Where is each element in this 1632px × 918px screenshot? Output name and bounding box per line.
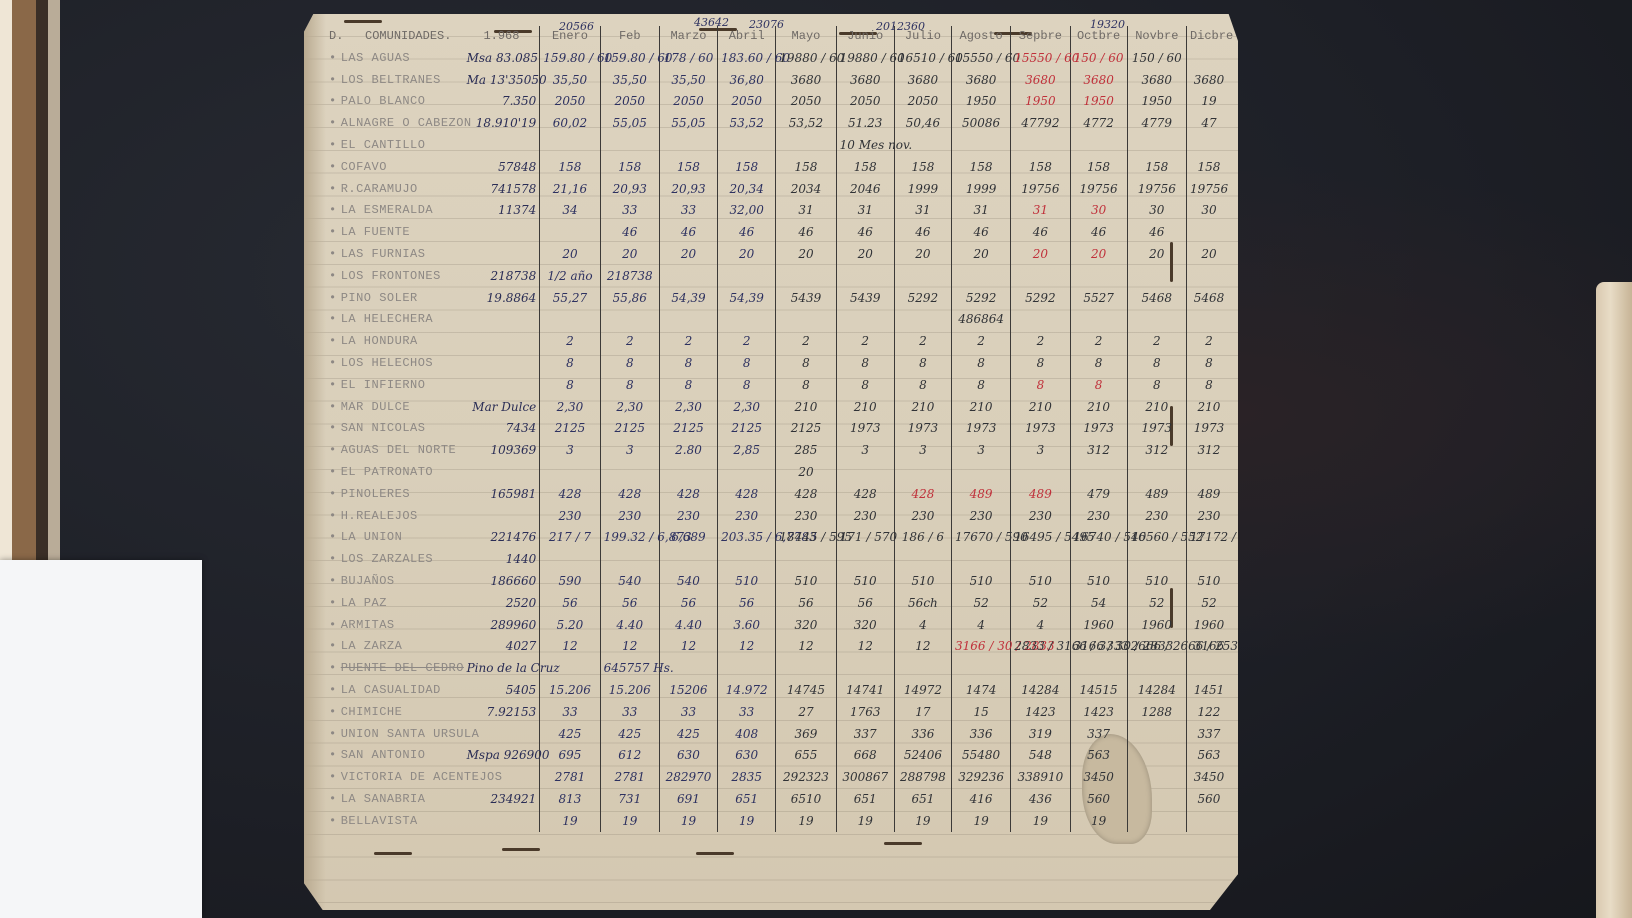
month-value: 20,93	[659, 179, 717, 201]
month-value	[718, 658, 776, 680]
community-total: 7.92153	[464, 702, 540, 724]
community-name: •LAS FURNIAS	[326, 244, 464, 266]
community-total: 289960	[464, 615, 540, 637]
month-value: 2125	[600, 418, 659, 440]
month-value: 8	[894, 353, 951, 375]
bullet-icon: •	[329, 618, 337, 632]
month-value: 19	[776, 811, 836, 833]
month-value	[1127, 724, 1186, 746]
month-value: 210	[776, 397, 836, 419]
month-value: 2,30	[718, 397, 776, 419]
bullet-icon: •	[329, 552, 337, 566]
month-value: 3	[540, 440, 600, 462]
month-value: 2,30	[600, 397, 659, 419]
month-value: 8	[1070, 375, 1127, 397]
month-value: 3	[836, 440, 894, 462]
month-value: 2	[1070, 331, 1127, 353]
month-value: 230	[659, 506, 717, 528]
bullet-icon: •	[329, 182, 337, 196]
ledger-row: •BUJAÑOS18666059054054051051051051051051…	[326, 571, 1231, 593]
bullet-icon: •	[329, 269, 337, 283]
community-name: •LA FUENTE	[326, 222, 464, 244]
month-value: 171 / 570	[836, 527, 894, 549]
community-label: LOS ZARZALES	[341, 552, 433, 566]
month-value: 2050	[894, 91, 951, 113]
community-total: 11374	[464, 200, 540, 222]
community-label: LA FUENTE	[341, 225, 410, 239]
community-total	[464, 462, 540, 484]
month-value: 320	[776, 615, 836, 637]
month-value: 8	[659, 353, 717, 375]
month-value: 159.80 / 60	[600, 48, 659, 70]
month-value: 230	[1011, 506, 1070, 528]
community-name: •MAR DULCE	[326, 397, 464, 419]
month-value: 5468	[1127, 288, 1186, 310]
month-value: 300867	[836, 767, 894, 789]
month-value	[1011, 135, 1070, 157]
month-value: 5292	[1011, 288, 1070, 310]
month-value: 8	[1186, 353, 1231, 375]
month-value	[540, 309, 600, 331]
month-value: 3.60	[718, 615, 776, 637]
month-header: Sepbre	[1011, 26, 1070, 48]
month-value: 8	[894, 375, 951, 397]
bullet-icon: •	[329, 378, 337, 392]
month-value: 428	[718, 484, 776, 506]
month-value: 651	[836, 789, 894, 811]
month-value: 15550 / 60	[1011, 48, 1070, 70]
month-value: 3	[600, 440, 659, 462]
month-value: 8	[951, 375, 1010, 397]
month-value	[540, 549, 600, 571]
community-name: •PUENTE DEL CEDRO	[326, 658, 464, 680]
community-total	[464, 811, 540, 833]
community-total	[464, 135, 540, 157]
adjacent-ledger-edge	[0, 0, 60, 560]
month-value: 12	[540, 636, 600, 658]
month-value: 210	[836, 397, 894, 419]
community-total	[464, 506, 540, 528]
month-value: 20	[1070, 244, 1127, 266]
month-value: 16510 / 60	[894, 48, 951, 70]
community-total: 18.910'19	[464, 113, 540, 135]
community-label: LOS BELTRANES	[341, 73, 441, 87]
community-name: •EL INFIERNO	[326, 375, 464, 397]
month-header: Novbre	[1127, 26, 1186, 48]
month-value: 408	[718, 724, 776, 746]
month-value	[600, 462, 659, 484]
community-total: 186660	[464, 571, 540, 593]
month-value: 15	[951, 702, 1010, 724]
month-value: 19	[659, 811, 717, 833]
community-name: •ARMITAS	[326, 615, 464, 637]
staple	[502, 848, 540, 851]
month-value: 285	[776, 440, 836, 462]
month-value: 336	[951, 724, 1010, 746]
month-value: 178 / 60	[659, 48, 717, 70]
month-value: 2,30	[659, 397, 717, 419]
month-value: 320	[836, 615, 894, 637]
month-value	[1127, 135, 1186, 157]
month-value: 1960	[1127, 615, 1186, 637]
community-label: H.REALEJOS	[341, 509, 418, 523]
month-value: 15.206	[600, 680, 659, 702]
month-value: 3680	[836, 70, 894, 92]
month-value	[1070, 658, 1127, 680]
community-label: LA PAZ	[341, 596, 387, 610]
month-value: 14515	[1070, 680, 1127, 702]
month-value: 210	[951, 397, 1010, 419]
month-value: 425	[540, 724, 600, 746]
month-value: 55,05	[659, 113, 717, 135]
month-value: 479	[1070, 484, 1127, 506]
month-value: 2125	[659, 418, 717, 440]
month-value: 47792	[1011, 113, 1070, 135]
month-value: 425	[600, 724, 659, 746]
ledger-row: •LAS AGUASMsa 83.085159.80 / 60159.80 / …	[326, 48, 1231, 70]
bullet-icon: •	[329, 291, 337, 305]
ledger-row: •MAR DULCEMar Dulce2,302,302,302,3021021…	[326, 397, 1231, 419]
community-name: •LAS AGUAS	[326, 48, 464, 70]
month-value: 651	[894, 789, 951, 811]
month-value: 210	[894, 397, 951, 419]
bullet-icon: •	[329, 487, 337, 501]
month-value	[1186, 811, 1231, 833]
month-value	[1011, 462, 1070, 484]
month-value: 510	[1127, 571, 1186, 593]
month-value: 19	[1070, 811, 1127, 833]
bullet-icon: •	[329, 770, 337, 784]
community-total: Ma 13'35050	[464, 70, 540, 92]
month-value: 1451	[1186, 680, 1231, 702]
month-value	[718, 135, 776, 157]
community-name: •LOS HELECHOS	[326, 353, 464, 375]
month-value: 2	[659, 331, 717, 353]
community-label: COFAVO	[341, 160, 387, 174]
month-value: 19	[540, 811, 600, 833]
community-label: LOS HELECHOS	[341, 356, 433, 370]
month-value: 46	[718, 222, 776, 244]
month-value: 230	[600, 506, 659, 528]
month-value: 8	[540, 353, 600, 375]
month-value: 158	[894, 157, 951, 179]
month-value: 56	[540, 593, 600, 615]
month-value: 590	[540, 571, 600, 593]
month-value: 489	[1127, 484, 1186, 506]
bullet-icon: •	[329, 356, 337, 370]
month-value	[1127, 811, 1186, 833]
month-value: 46	[659, 222, 717, 244]
bullet-icon: •	[329, 400, 337, 414]
month-value: 3680	[951, 70, 1010, 92]
month-value: 56	[776, 593, 836, 615]
month-value: 1973	[894, 418, 951, 440]
bullet-icon: •	[329, 443, 337, 457]
month-value	[776, 266, 836, 288]
month-value	[1070, 462, 1127, 484]
month-value: 2	[836, 331, 894, 353]
month-value: 53,52	[776, 113, 836, 135]
month-value: 428	[600, 484, 659, 506]
month-value: 489	[1186, 484, 1231, 506]
month-value: 2125	[540, 418, 600, 440]
month-value: 1/2 año	[540, 266, 600, 288]
community-total: 19.8864	[464, 288, 540, 310]
month-value: 337	[1070, 724, 1127, 746]
month-value: 2125	[718, 418, 776, 440]
month-value: 14284	[1011, 680, 1070, 702]
month-value: 1999	[951, 179, 1010, 201]
community-total	[464, 222, 540, 244]
month-value: 30	[1127, 200, 1186, 222]
month-value: 36,80	[718, 70, 776, 92]
month-value: 20	[659, 244, 717, 266]
month-value: 428	[659, 484, 717, 506]
month-value: 337	[1186, 724, 1231, 746]
bullet-icon: •	[329, 51, 337, 65]
month-value: 203.35 / 6,7783	[718, 527, 776, 549]
month-value: 1973	[951, 418, 1010, 440]
month-value: 4	[1011, 615, 1070, 637]
month-value: 55,27	[540, 288, 600, 310]
ledger-row: •ALNAGRE O CABEZON18.910'1960,0255,0555,…	[326, 113, 1231, 135]
month-value: 19756	[1186, 179, 1231, 201]
month-value	[894, 658, 951, 680]
header-title: COMUNIDADES.	[365, 29, 451, 43]
ledger-row: •LA UNION221476217 / 7199.32 / 6,8736,68…	[326, 527, 1231, 549]
month-value: 230	[836, 506, 894, 528]
month-value: 217 / 7	[540, 527, 600, 549]
month-value: 55480	[951, 745, 1010, 767]
community-total: 234921	[464, 789, 540, 811]
header-note: 20566	[559, 20, 594, 33]
month-value: 1999	[894, 179, 951, 201]
month-value: 54	[1070, 593, 1127, 615]
month-header: Dicbre	[1186, 26, 1231, 48]
community-label: ARMITAS	[341, 618, 395, 632]
month-value: 8	[836, 353, 894, 375]
community-total: Mar Dulce	[464, 397, 540, 419]
bullet-icon: •	[329, 73, 337, 87]
month-value: 2	[894, 331, 951, 353]
month-value	[659, 266, 717, 288]
month-value: 19880 / 60	[836, 48, 894, 70]
community-total: 1440	[464, 549, 540, 571]
month-value: 1950	[951, 91, 1010, 113]
header-note: 23076	[749, 18, 784, 31]
community-total: 7434	[464, 418, 540, 440]
community-label: R.CARAMUJO	[341, 182, 418, 196]
month-value: 5292	[951, 288, 1010, 310]
month-value: 14741	[836, 680, 894, 702]
month-value: 16495 / 5495	[1011, 527, 1070, 549]
month-value: 52	[1011, 593, 1070, 615]
bullet-icon: •	[329, 312, 337, 326]
community-name: •LA HONDURA	[326, 331, 464, 353]
community-label: LOS FRONTONES	[341, 269, 441, 283]
month-value	[1186, 309, 1231, 331]
community-name: •SAN ANTONIO	[326, 745, 464, 767]
community-name: •LA PAZ	[326, 593, 464, 615]
community-name: •LOS FRONTONES	[326, 266, 464, 288]
month-value: 19	[951, 811, 1010, 833]
month-value	[1011, 549, 1070, 571]
month-value: 8	[1011, 375, 1070, 397]
month-value: 2	[1127, 331, 1186, 353]
month-value	[1011, 658, 1070, 680]
month-value: 2125	[776, 418, 836, 440]
month-value: 218738	[600, 266, 659, 288]
white-card	[0, 560, 202, 918]
month-value: 1960	[1186, 615, 1231, 637]
month-value: 31	[836, 200, 894, 222]
month-value: 52	[1186, 593, 1231, 615]
community-name: •CHIMICHE	[326, 702, 464, 724]
month-value: 158	[1011, 157, 1070, 179]
community-total	[464, 309, 540, 331]
month-value: 50086	[951, 113, 1010, 135]
month-value: 2050	[540, 91, 600, 113]
community-name: •LA CASUALIDAD	[326, 680, 464, 702]
month-value: 150 / 60	[1070, 48, 1127, 70]
community-label: BUJAÑOS	[341, 574, 395, 588]
month-value: 2.80	[659, 440, 717, 462]
month-value: 19	[1186, 91, 1231, 113]
month-value: 60,02	[540, 113, 600, 135]
month-value: 312	[1186, 440, 1231, 462]
month-value: 56ch	[894, 593, 951, 615]
month-value: 15206	[659, 680, 717, 702]
community-total: 2520	[464, 593, 540, 615]
month-value: 2050	[659, 91, 717, 113]
month-value: 50,46	[894, 113, 951, 135]
month-value: 489	[951, 484, 1010, 506]
month-value: 20	[718, 244, 776, 266]
month-value: 2050	[718, 91, 776, 113]
month-value: 2050	[836, 91, 894, 113]
month-value: 16740 / 540	[1070, 527, 1127, 549]
month-value	[1127, 266, 1186, 288]
community-label: LA SANABRIA	[341, 792, 426, 806]
month-value	[1070, 266, 1127, 288]
month-value: 210	[1127, 397, 1186, 419]
month-value: 20	[776, 462, 836, 484]
ledger-row: •LOS BELTRANESMa 13'3505035,5035,5035,50…	[326, 70, 1231, 92]
month-value: 1973	[1011, 418, 1070, 440]
community-label: EL PATRONATO	[341, 465, 433, 479]
bullet-icon: •	[329, 138, 337, 152]
ledger-row: •LA HONDURA222222222222	[326, 331, 1231, 353]
ledger-row: •EL INFIERNO888888888888	[326, 375, 1231, 397]
ledger-row: •LOS ZARZALES1440	[326, 549, 1231, 571]
community-total: 218738	[464, 266, 540, 288]
community-total: Mspa 926900	[464, 745, 540, 767]
community-name: •EL PATRONATO	[326, 462, 464, 484]
bullet-icon: •	[329, 792, 337, 806]
month-value: 33	[600, 200, 659, 222]
month-value	[1186, 462, 1231, 484]
month-value: 56	[836, 593, 894, 615]
month-value: 16560 / 552	[1127, 527, 1186, 549]
month-value: 1973	[1127, 418, 1186, 440]
month-value: 3680	[1186, 70, 1231, 92]
month-value: 46	[776, 222, 836, 244]
month-value	[1186, 549, 1231, 571]
month-value: 510	[894, 571, 951, 593]
month-value: 46	[836, 222, 894, 244]
bullet-icon: •	[329, 661, 337, 675]
month-value: 292323	[776, 767, 836, 789]
month-value: 1288	[1127, 702, 1186, 724]
month-value: 12	[718, 636, 776, 658]
month-value: 3450	[1186, 767, 1231, 789]
ledger-row: •UNION SANTA URSULA425425425408369337336…	[326, 724, 1231, 746]
community-label: LA ESMERALDA	[341, 203, 433, 217]
community-label: LAS AGUAS	[341, 51, 410, 65]
month-value	[540, 222, 600, 244]
month-value: 489	[1011, 484, 1070, 506]
month-value: 20,34	[718, 179, 776, 201]
month-value: 46	[951, 222, 1010, 244]
bullet-icon: •	[329, 509, 337, 523]
month-value	[951, 135, 1010, 157]
ledger-row: •CHIMICHE7.92153333333332717631715142314…	[326, 702, 1231, 724]
month-value: 548	[1011, 745, 1070, 767]
community-name: •EL CANTILLO	[326, 135, 464, 157]
month-value: 158	[540, 157, 600, 179]
month-value	[1186, 135, 1231, 157]
bullet-icon: •	[329, 639, 337, 653]
community-label: PUENTE DEL CEDRO	[341, 661, 464, 675]
community-total: 221476	[464, 527, 540, 549]
community-name: •LA HELECHERA	[326, 309, 464, 331]
month-value: 510	[836, 571, 894, 593]
month-value: 158	[836, 157, 894, 179]
month-value: 46	[1070, 222, 1127, 244]
community-total: 57848	[464, 157, 540, 179]
month-value	[718, 309, 776, 331]
header-communities: D. COMUNIDADES.	[326, 26, 464, 48]
month-value	[659, 549, 717, 571]
month-value: 2	[776, 331, 836, 353]
ledger-row: •LA ESMERALDA1137434333332,0031313131313…	[326, 200, 1231, 222]
community-name: •R.CARAMUJO	[326, 179, 464, 201]
month-value	[894, 549, 951, 571]
month-value	[718, 549, 776, 571]
community-label: CHIMICHE	[341, 705, 403, 719]
month-value: 1950	[1011, 91, 1070, 113]
header-note: 19320	[1090, 18, 1125, 31]
ledger-row: •EL PATRONATO20	[326, 462, 1231, 484]
month-value: 8	[836, 375, 894, 397]
month-value: 52	[1127, 593, 1186, 615]
month-value: 1423	[1011, 702, 1070, 724]
month-value: 2781	[540, 767, 600, 789]
month-value	[600, 135, 659, 157]
month-value: 19	[718, 811, 776, 833]
month-value	[659, 462, 717, 484]
community-name: •LOS BELTRANES	[326, 70, 464, 92]
community-total: 4027	[464, 636, 540, 658]
month-value	[836, 309, 894, 331]
month-value: 230	[894, 506, 951, 528]
ledger-row: •PINO SOLER19.886455,2755,8654,3954,3954…	[326, 288, 1231, 310]
month-value: 428	[540, 484, 600, 506]
month-value: 8	[1186, 375, 1231, 397]
community-total: Pino de la Cruz	[464, 658, 540, 680]
month-value: 5292	[894, 288, 951, 310]
month-value: 150 / 60	[1127, 48, 1186, 70]
